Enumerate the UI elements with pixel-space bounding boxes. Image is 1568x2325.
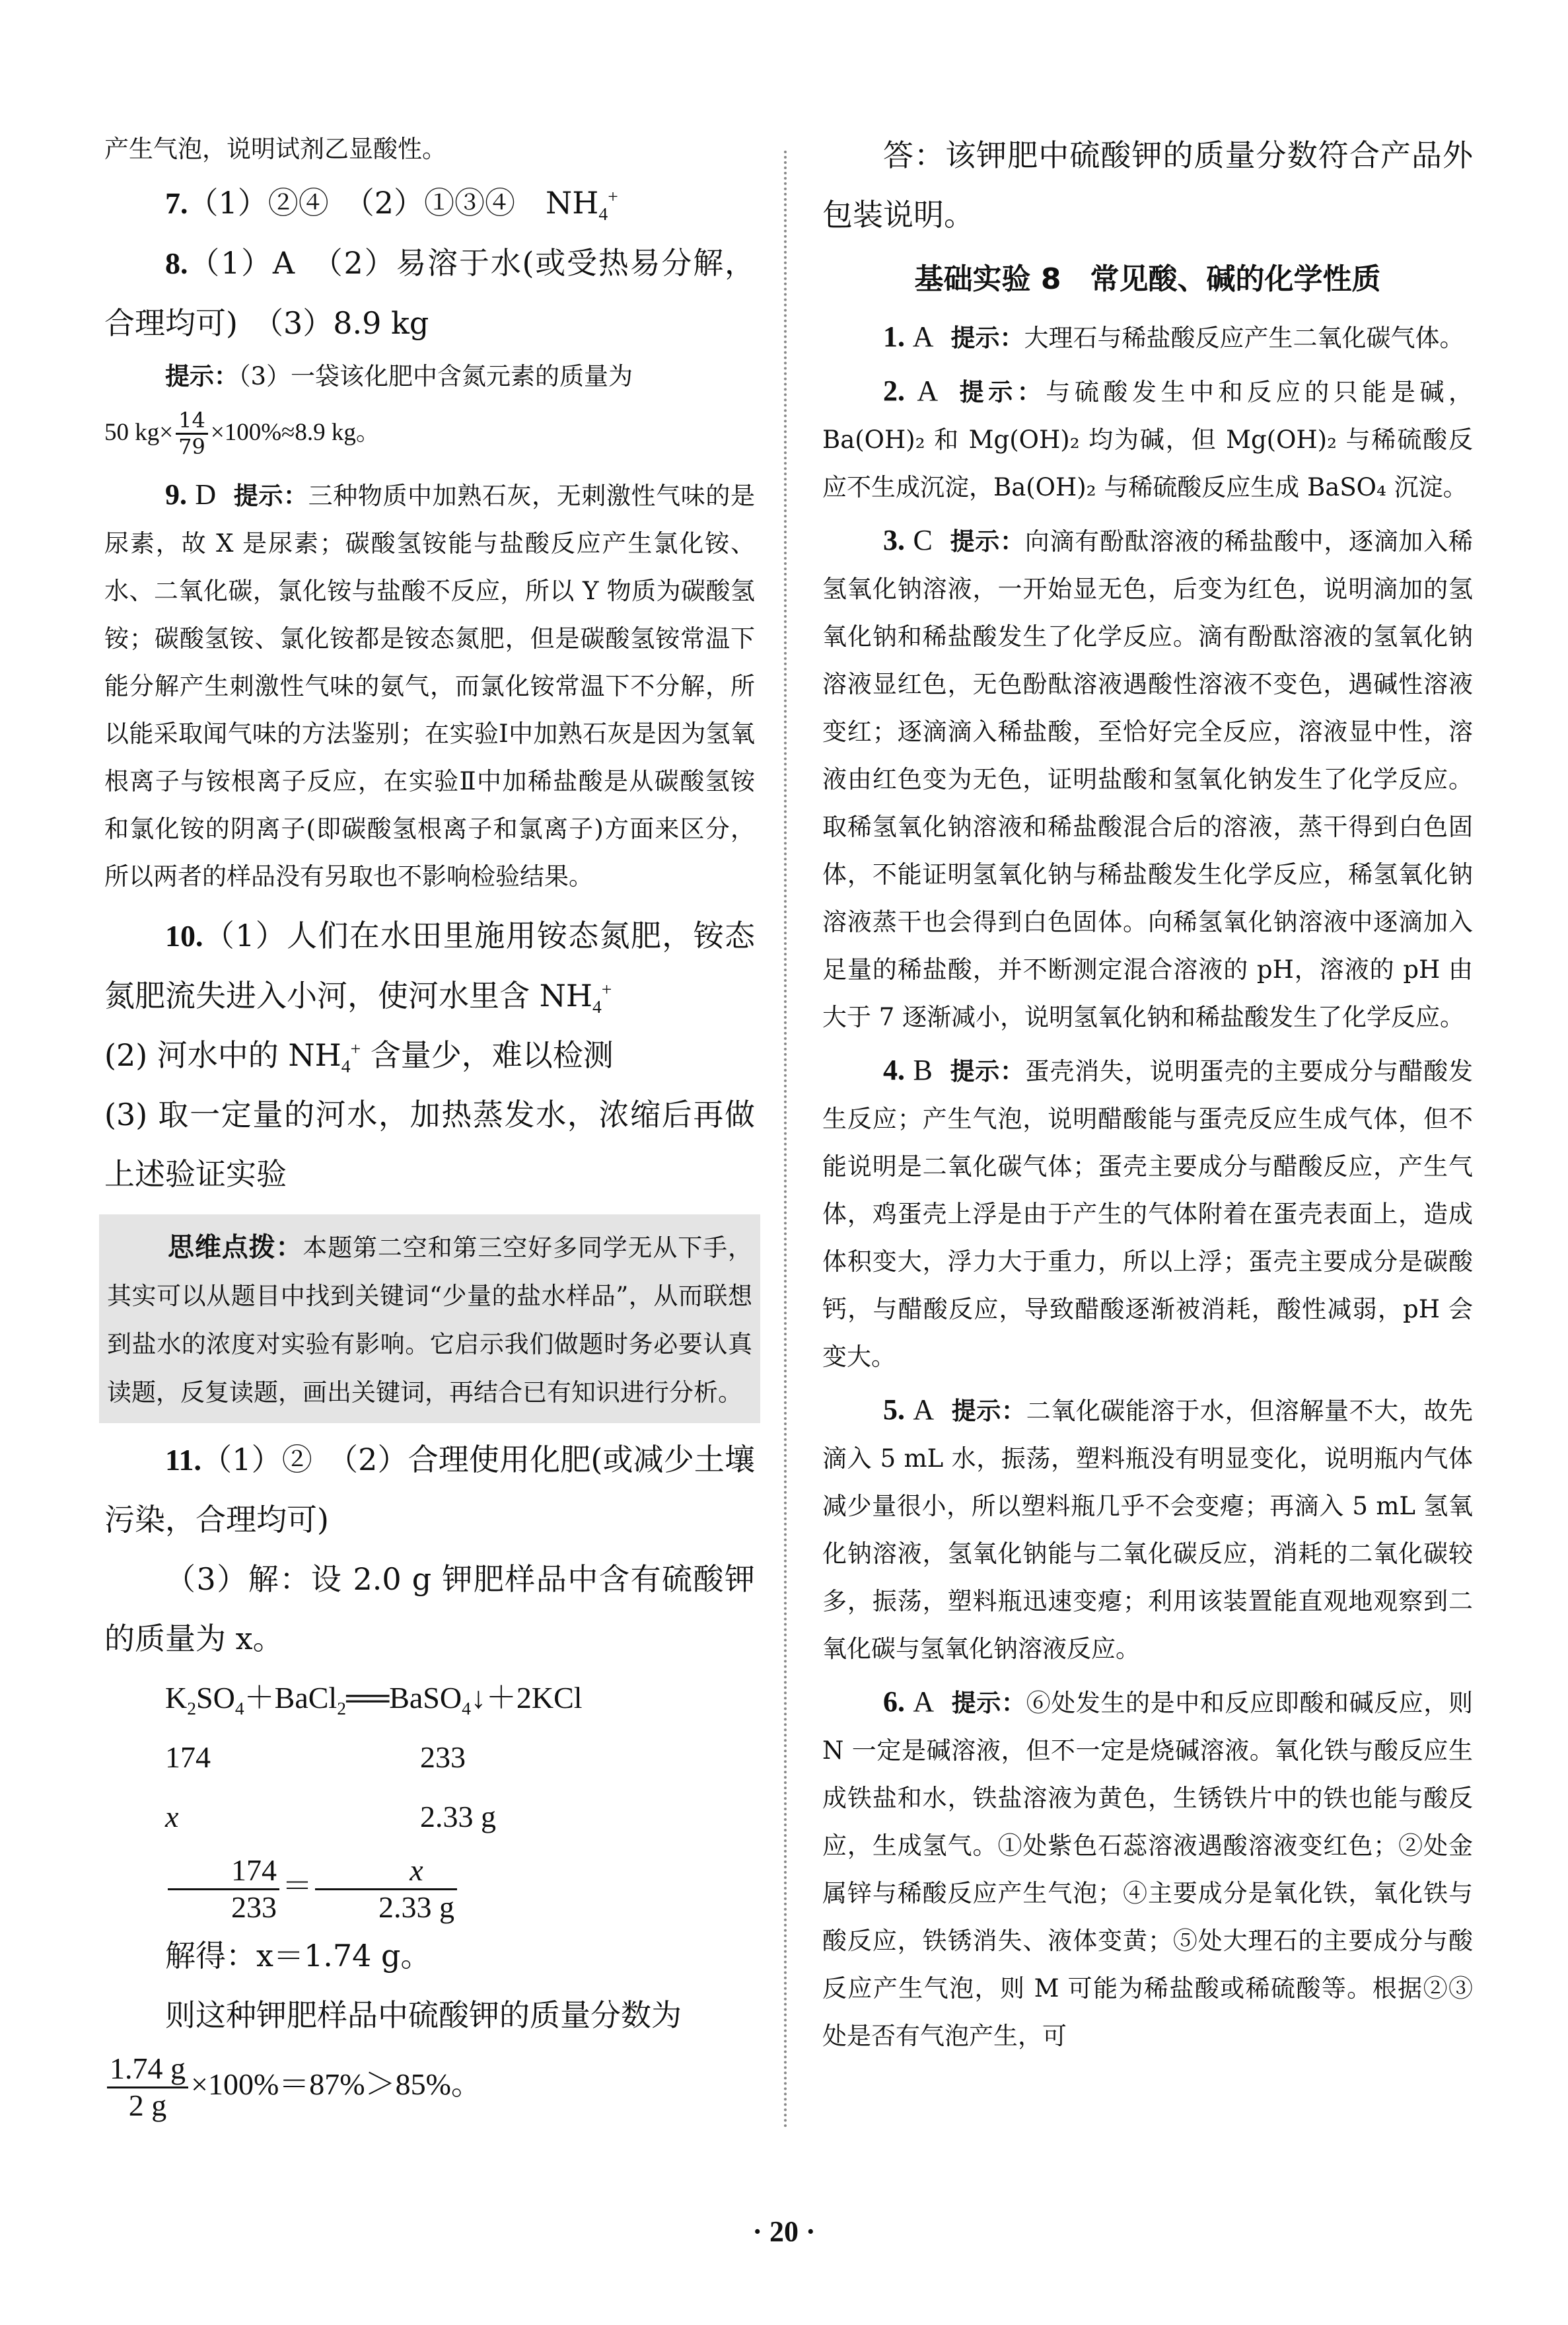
thinking-tip-box: 思维点拨：本题第二空和第三空好多同学无从下手，其实可以从题目中找到关键词“少量的…	[99, 1214, 760, 1423]
mass-row: 174233	[104, 1728, 755, 1787]
formula-part: ↓＋2KCl	[471, 1681, 583, 1715]
answer-7: 7.（1）②④ （2）①③④ NH4+	[104, 173, 755, 233]
answer-text: 含量少，难以检测	[361, 1037, 614, 1073]
answer-text: （1）②④ （2）①③④ NH	[188, 185, 599, 221]
answer-choice: A	[913, 320, 934, 353]
question-number: 5.	[883, 1393, 905, 1426]
hint-text: 向滴有酚酞溶液的稀盐酸中，逐滴加入稀氢氧化钠溶液，一开始显无色，后变为红色，说明…	[822, 527, 1473, 1031]
chemical-equation: K2SO4＋BaCl2══BaSO4↓＋2KCl	[104, 1668, 755, 1728]
mass-value: 174	[165, 1728, 420, 1787]
fraction: x2.33 g	[315, 1853, 457, 1925]
answer-item: 3. C提示：向滴有酚酞溶液的稀盐酸中，逐滴加入稀氢氧化钠溶液，一开始显无色，后…	[822, 517, 1473, 1041]
answer-9: 9. D提示：三种物质中加熟石灰，无刺激性气味的是尿素，故 X 是尿素；碳酸氢铵…	[104, 471, 755, 901]
answer-choice: B	[913, 1054, 932, 1086]
hint-label: 提示：	[950, 1057, 1025, 1086]
unknown-value: x	[165, 1787, 420, 1847]
hint-8: 提示：（3）一袋该化肥中含氮元素的质量为	[104, 353, 755, 400]
equals-sign: ══	[346, 1681, 389, 1715]
subscript: 4	[341, 1056, 351, 1076]
formula-part: ＋BaCl	[244, 1681, 338, 1715]
page-number: · 20 ·	[0, 2215, 1568, 2248]
question-number: 3.	[883, 524, 905, 556]
superscript: +	[608, 186, 618, 207]
hint-label: 提示：	[950, 527, 1025, 556]
final-answer: 答：该钾肥中硫酸钾的质量分数符合产品外包装说明。	[822, 126, 1473, 244]
fraction: 1.74 g2 g	[107, 2051, 188, 2123]
hint-text: 大理石与稀盐酸反应产生二氧化碳气体。	[1024, 324, 1464, 352]
question-number: 8.	[165, 246, 188, 280]
numerator: 174	[168, 1853, 279, 1888]
answer-item: 1. A提示：大理石与稀盐酸反应产生二氧化碳气体。	[822, 313, 1473, 362]
answer-item: 5. A提示：二氧化碳能溶于水，但溶解量不大，故先滴入 5 mL 水，振荡，塑料…	[822, 1386, 1473, 1673]
solve-line: 解得：x＝1.74 g。	[104, 1926, 755, 1985]
thinking-tip: 思维点拨：本题第二空和第三空好多同学无从下手，其实可以从题目中找到关键词“少量的…	[107, 1224, 752, 1417]
mass-value: 233	[420, 1728, 466, 1787]
answer-10-part2: (2) 河水中的 NH4+ 含量少，难以检测	[104, 1025, 755, 1085]
numerator: 1.74 g	[107, 2051, 188, 2086]
unknown-row: x2.33 g	[104, 1787, 755, 1847]
section-title: 基础实验 8 常见酸、碱的化学性质	[822, 250, 1473, 309]
denominator: 233	[168, 1888, 279, 1925]
hint-text: ⑥处发生的是中和反应即酸和碱反应，则 N 一定是碱溶液，但不一定是烧碱溶液。氧化…	[822, 1689, 1473, 2050]
hint-label: 提示：	[233, 482, 308, 510]
column-divider	[784, 151, 787, 2129]
subscript: 4	[592, 996, 602, 1017]
formula-part: BaSO	[389, 1681, 462, 1715]
answer-text: （1）② （2）合理使用化肥(或减少土壤污染，合理均可)	[104, 1442, 755, 1537]
answer-text: 合理均可) （3）8.9 kg	[104, 305, 429, 341]
hint-label: 提示：	[951, 1397, 1026, 1425]
numerator: 14	[176, 408, 208, 433]
calc-prefix: 50 kg×	[104, 419, 173, 446]
question-number: 7.	[165, 186, 188, 220]
subscript: 2	[187, 1698, 196, 1718]
final-calc: 1.74 g2 g×100%＝87%＞85%。	[104, 2045, 755, 2124]
calc-suffix: ×100%≈8.9 kg。	[211, 419, 380, 446]
denominator: 2.33 g	[315, 1888, 457, 1925]
question-number: 11.	[165, 1443, 201, 1477]
answer-text: （1）A （2）易溶于水(或受热易分解，	[188, 245, 756, 281]
hint-text: 二氧化碳能溶于水，但溶解量不大，故先滴入 5 mL 水，振荡，塑料瓶没有明显变化…	[822, 1397, 1473, 1663]
question-number: 4.	[883, 1054, 905, 1086]
fraction: 1479	[176, 408, 208, 459]
subscript: 4	[598, 203, 608, 224]
denominator: 2 g	[107, 2086, 188, 2123]
answer-choice: A	[913, 1685, 934, 1718]
subscript: 4	[235, 1698, 244, 1718]
ratio-equation: 174233＝x2.33 g	[104, 1847, 755, 1926]
hint-label: 提示：	[951, 324, 1024, 352]
answer-item: 6. A提示：⑥处发生的是中和反应即酸和碱反应，则 N 一定是碱溶液，但不一定是…	[822, 1678, 1473, 2060]
answer-choice: A	[917, 375, 938, 407]
known-value: 2.33 g	[420, 1787, 496, 1847]
question-number: 10.	[165, 919, 203, 953]
answer-choice: A	[913, 1393, 934, 1426]
continuation-line: 产生气泡，说明试剂乙显酸性。	[104, 126, 755, 173]
conclusion-line: 则这种钾肥样品中硫酸钾的质量分数为	[104, 1985, 755, 2045]
answer-item: 2. A提示：与硫酸发生中和反应的只能是碱，Ba(OH)₂ 和 Mg(OH)₂ …	[822, 367, 1473, 511]
hint-text: 三种物质中加熟石灰，无刺激性气味的是尿素，故 X 是尿素；碳酸氢铵能与盐酸反应产…	[104, 482, 755, 891]
answer-choice: C	[913, 524, 932, 556]
hint-text: （3）一袋该化肥中含氮元素的质量为	[238, 362, 633, 390]
answer-choice: D	[195, 478, 216, 511]
calc-suffix: ×100%＝87%＞85%。	[191, 2067, 481, 2101]
answer-item: 4. B提示：蛋壳消失，说明蛋壳的主要成分与醋酸发生反应；产生气泡，说明醋酸能与…	[822, 1047, 1473, 1381]
answer-10-part1: 10.（1）人们在水田里施用铵态氮肥，铵态氮肥流失进入小河，使河水里含 NH4+	[104, 906, 755, 1025]
thinking-tip-label: 思维点拨：	[168, 1232, 303, 1263]
subscript: 4	[462, 1698, 471, 1718]
equals-sign: ＝	[282, 1869, 312, 1903]
question-number: 9.	[165, 478, 187, 511]
hint-text: 蛋壳消失，说明蛋壳的主要成分与醋酸发生反应；产生气泡，说明醋酸能与蛋壳反应生成气…	[822, 1057, 1473, 1371]
answer-10-part3: (3) 取一定量的河水，加热蒸发水，浓缩后再做上述验证实验	[104, 1085, 755, 1204]
superscript: +	[602, 979, 612, 1000]
hint-label: 提示：	[951, 1689, 1026, 1717]
answer-11-part2: （3）解：设 2.0 g 钾肥样品中含有硫酸钾的质量为 x。	[104, 1549, 755, 1668]
denominator: 79	[176, 433, 208, 459]
question-number: 6.	[883, 1685, 905, 1718]
answer-8: 8.（1）A （2）易溶于水(或受热易分解，合理均可) （3）8.9 kg	[104, 233, 755, 353]
question-number: 1.	[883, 320, 905, 353]
fraction: 174233	[168, 1853, 279, 1925]
numerator: x	[315, 1853, 457, 1888]
question-number: 2.	[883, 375, 905, 407]
hint-label: 提示：	[955, 378, 1046, 406]
subscript: 2	[337, 1698, 346, 1718]
superscript: +	[351, 1039, 361, 1059]
calc-8: 50 kg×1479×100%≈8.9 kg。	[104, 400, 755, 464]
answer-11-part1: 11.（1）② （2）合理使用化肥(或减少土壤污染，合理均可)	[104, 1430, 755, 1549]
hint-label: 提示：	[165, 362, 238, 390]
answer-text: (2) 河水中的 NH	[104, 1037, 341, 1073]
left-column: 产生气泡，说明试剂乙显酸性。 7.（1）②④ （2）①③④ NH4+ 8.（1）…	[104, 126, 755, 2124]
formula-part: SO	[196, 1681, 235, 1715]
formula-part: K	[165, 1681, 187, 1715]
right-column: 答：该钾肥中硫酸钾的质量分数符合产品外包装说明。 基础实验 8 常见酸、碱的化学…	[822, 126, 1473, 2060]
